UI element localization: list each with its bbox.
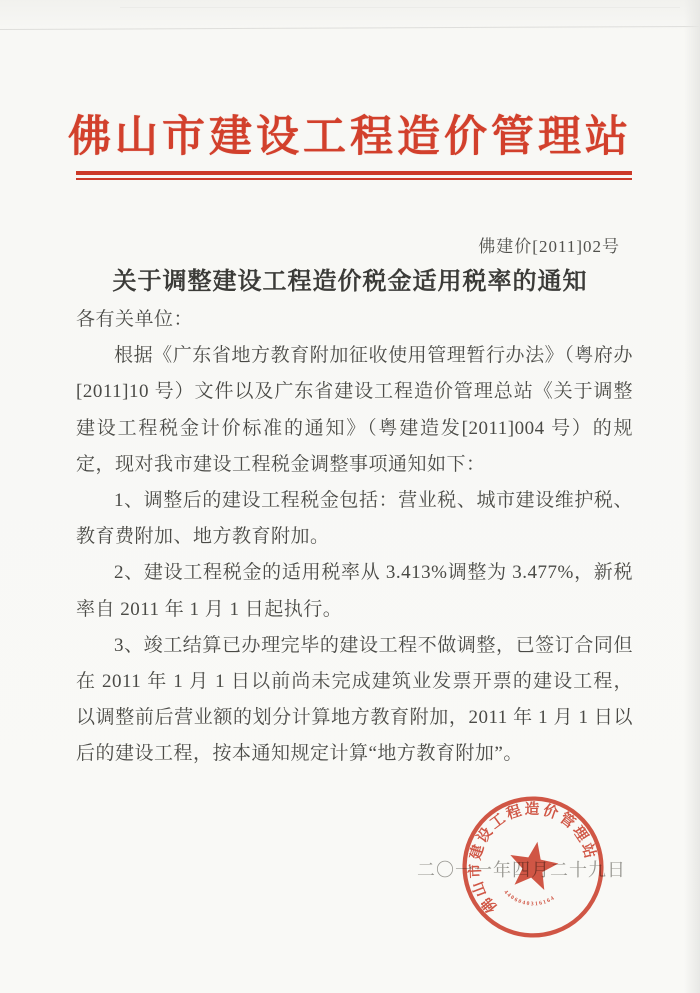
document-number: 佛建价[2011]02号 xyxy=(478,232,620,257)
scan-artifact-line xyxy=(120,7,680,8)
letterhead-divider xyxy=(76,171,632,180)
letterhead-title: 佛山市建设工程造价管理站 xyxy=(0,103,700,164)
paragraph: 根据《广东省地方教育附加征收使用管理暂行办法》（粤府办[2011]10 号）文件… xyxy=(76,338,633,483)
document-title: 关于调整建设工程造价税金适用税率的通知 xyxy=(0,261,700,296)
seal-star-icon xyxy=(505,838,561,892)
paragraph: 3、竣工结算已办理完毕的建设工程不做调整，已签订合同但在 2011 年 1 月 … xyxy=(76,628,633,773)
paragraph: 1、调整后的建设工程税金包括：营业税、城市建设维护税、教育费附加、地方教育附加。 xyxy=(76,483,633,555)
official-seal-stamp: 佛山市建设工程造价管理站 4406040316164 xyxy=(454,788,611,945)
document-body: 各有关单位： 根据《广东省地方教育附加征收使用管理暂行办法》（粤府办[2011]… xyxy=(76,302,633,773)
scanned-document-page: 佛山市建设工程造价管理站 佛建价[2011]02号 关于调整建设工程造价税金适用… xyxy=(0,0,700,993)
scan-artifact-line xyxy=(0,26,700,30)
paragraph: 2、建设工程税金的适用税率从 3.413%调整为 3.477%，新税率自 201… xyxy=(76,555,633,627)
seal-code: 4406040316164 xyxy=(502,889,557,908)
salutation: 各有关单位： xyxy=(76,302,633,338)
